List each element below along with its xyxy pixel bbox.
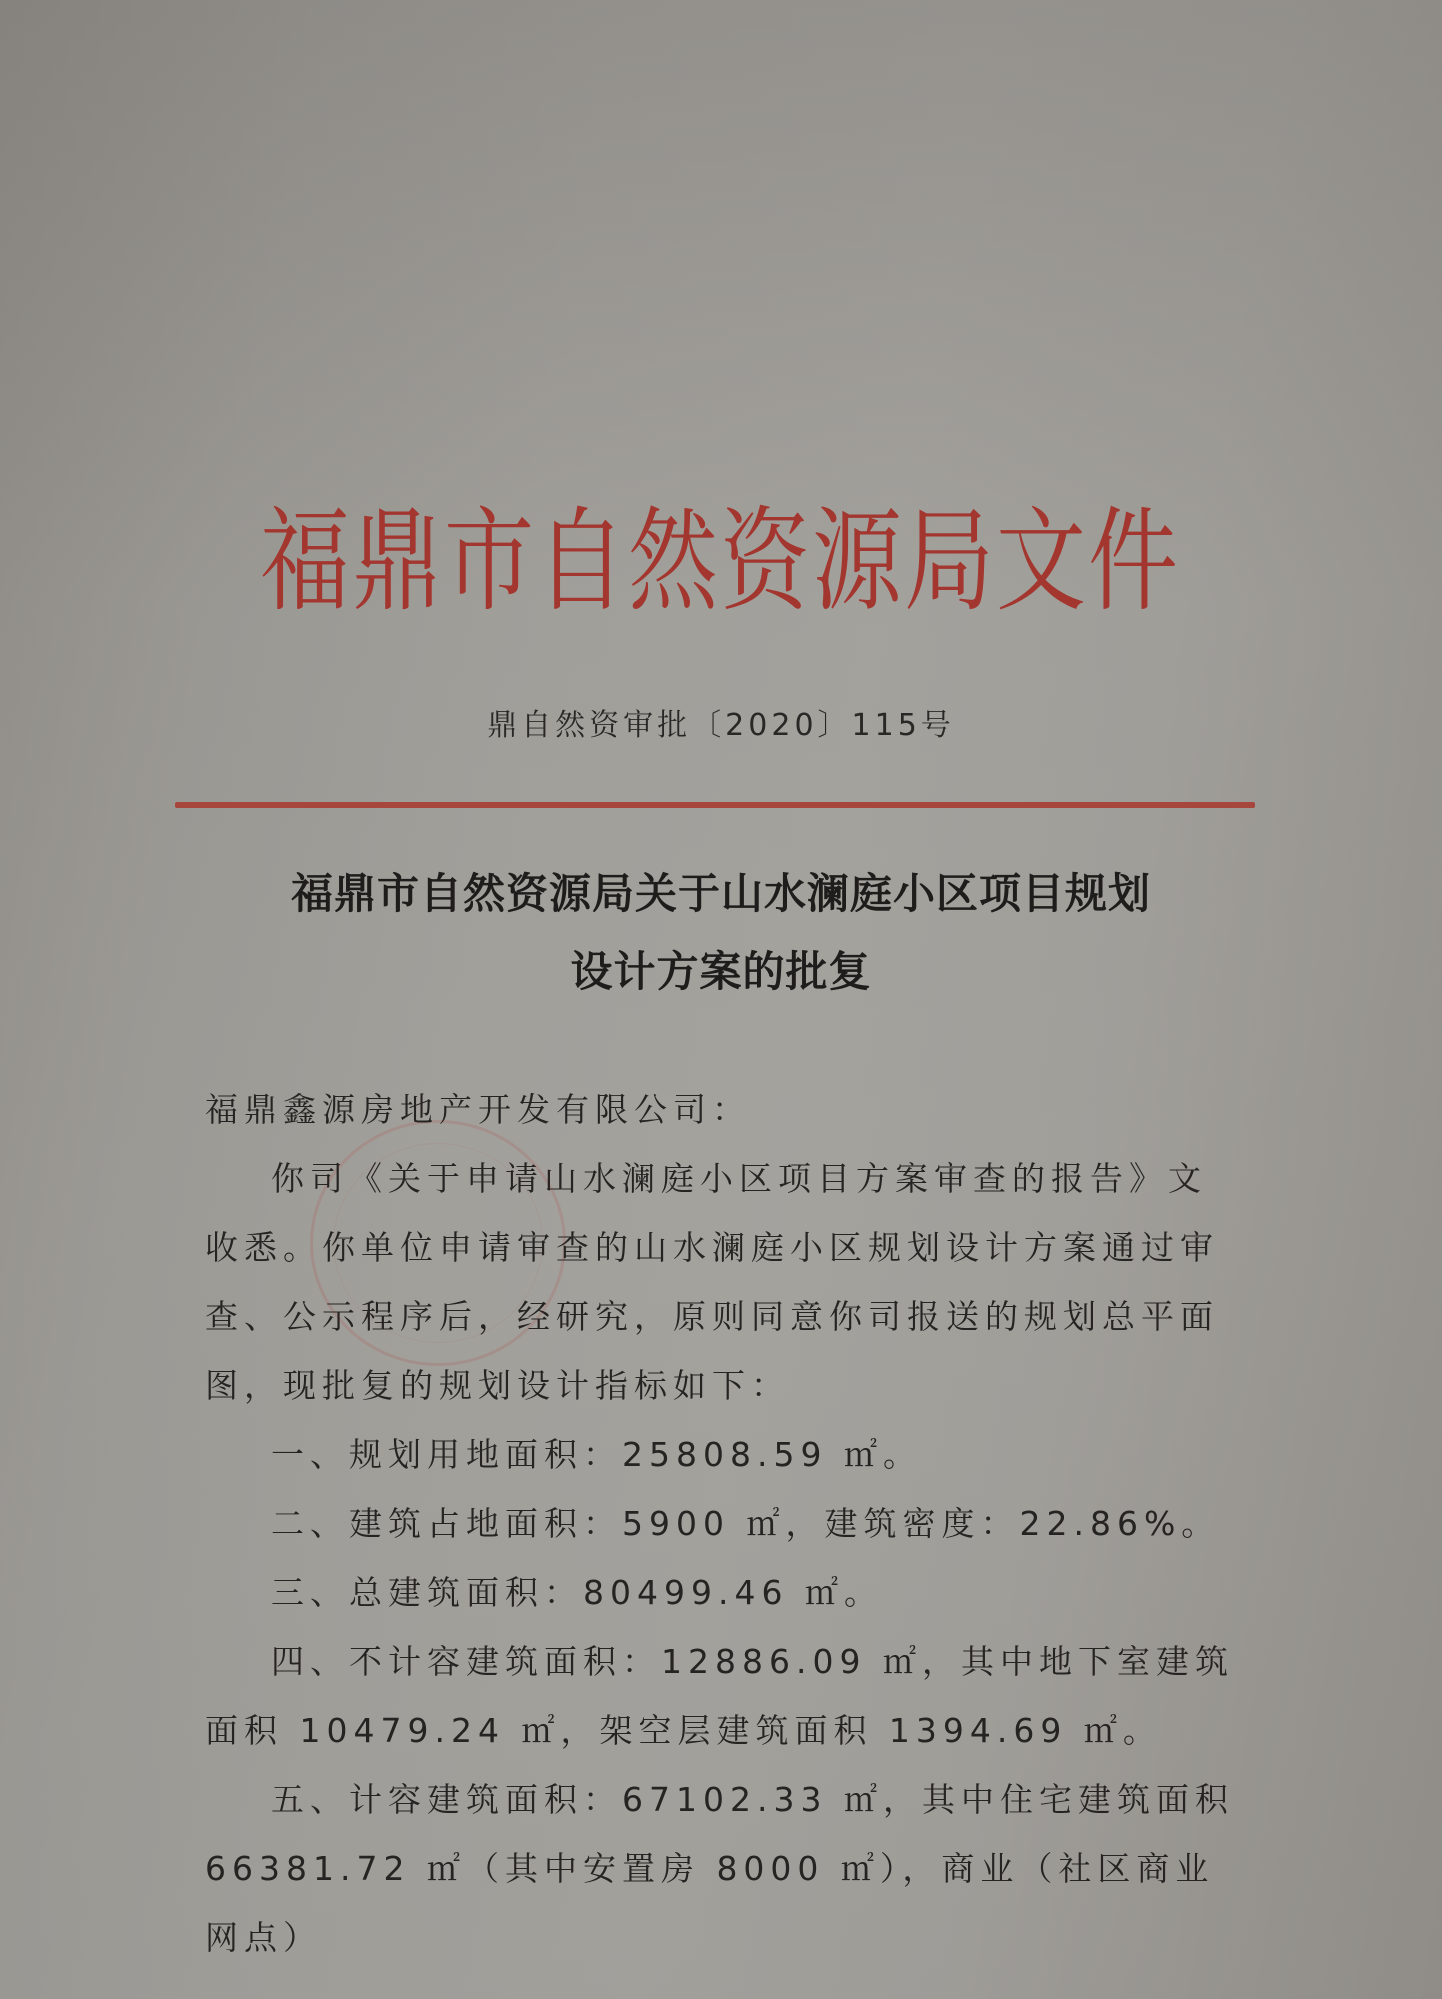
recipient-line: 福鼎鑫源房地产开发有限公司：: [205, 1075, 1235, 1144]
indicator-item-3: 三、总建筑面积：80499.46 ㎡。: [205, 1558, 1235, 1627]
indicator-item-2: 二、建筑占地面积：5900 ㎡，建筑密度：22.86%。: [205, 1489, 1235, 1558]
red-divider-line: [175, 802, 1255, 808]
issuer-header: 福鼎市自然资源局文件: [255, 470, 1185, 633]
document-title: 福鼎市自然资源局关于山水澜庭小区项目规划 设计方案的批复: [0, 855, 1442, 1011]
document-title-line-2: 设计方案的批复: [0, 933, 1442, 1011]
body-paragraph-intro: 你司《关于申请山水澜庭小区项目方案审查的报告》文收悉。你单位申请审查的山水澜庭小…: [205, 1144, 1235, 1420]
indicator-item-5: 五、计容建筑面积：67102.33 ㎡，其中住宅建筑面积 66381.72 ㎡（…: [205, 1765, 1235, 1972]
document-number: 鼎自然资审批〔2020〕115号: [0, 700, 1442, 744]
document-body: 福鼎鑫源房地产开发有限公司： 你司《关于申请山水澜庭小区项目方案审查的报告》文收…: [205, 1075, 1235, 1972]
indicator-item-1: 一、规划用地面积：25808.59 ㎡。: [205, 1420, 1235, 1489]
document-title-line-1: 福鼎市自然资源局关于山水澜庭小区项目规划: [0, 855, 1442, 933]
indicator-item-4: 四、不计容建筑面积：12886.09 ㎡，其中地下室建筑面积 10479.24 …: [205, 1627, 1235, 1765]
